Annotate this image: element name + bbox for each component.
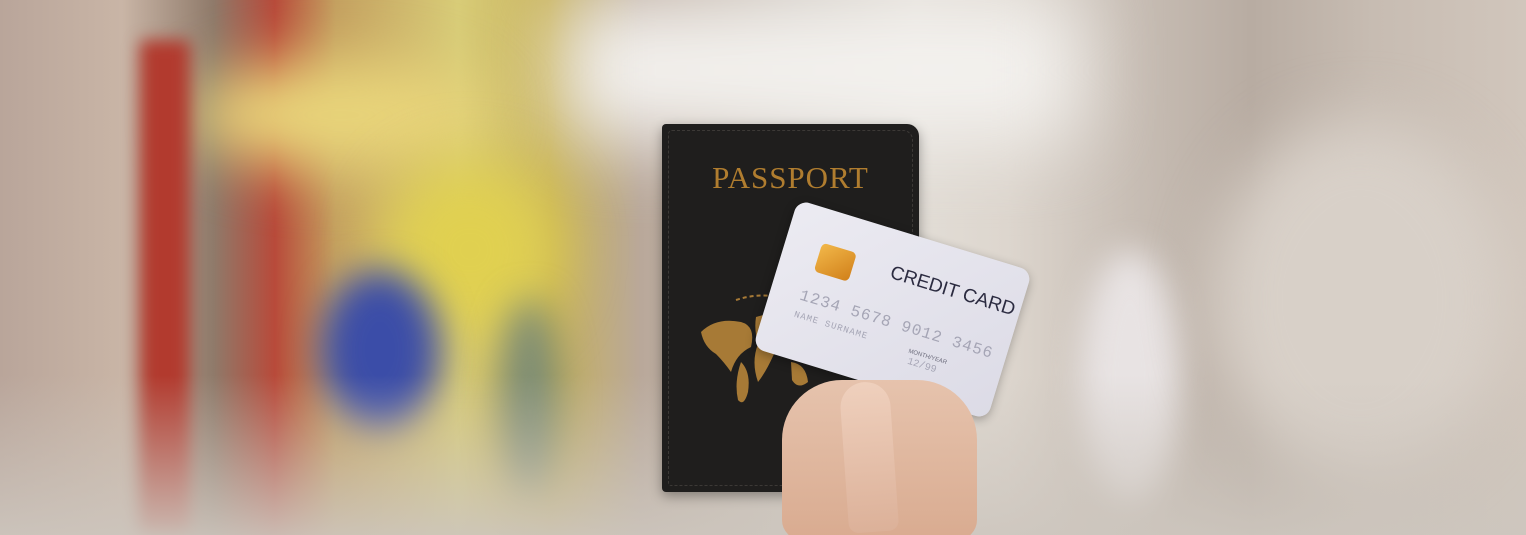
- shop-lights: [190, 60, 490, 170]
- passport-title: PASSPORT: [662, 160, 919, 196]
- sky: [560, 0, 1080, 140]
- card-title: CREDIT CARD: [887, 262, 1017, 321]
- chip-icon: [814, 243, 857, 282]
- thumb: [839, 380, 899, 533]
